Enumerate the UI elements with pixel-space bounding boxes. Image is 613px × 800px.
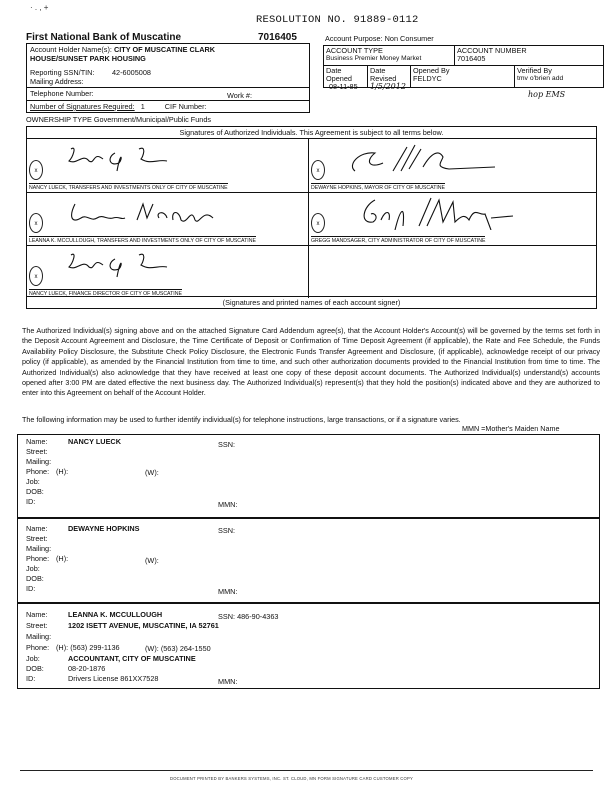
ssn-label: SSN: bbox=[218, 612, 235, 621]
job-label: Job: bbox=[26, 477, 40, 486]
date-opened-cell: Date Opened 08-11-85 bbox=[323, 65, 368, 88]
x-mark: x bbox=[29, 266, 43, 286]
home-phone-value: (563) 299-1136 bbox=[70, 643, 119, 652]
account-number-cell: ACCOUNT NUMBER 7016405 bbox=[454, 45, 604, 66]
cif-label: CIF Number: bbox=[165, 102, 207, 111]
telephone-label: Telephone Number: bbox=[30, 89, 94, 98]
signature-cell: x NANCY LUECK, FINANCE DIRECTOR of CITY … bbox=[27, 245, 307, 298]
ssn-row: SSN: 486-90-4363 bbox=[218, 612, 278, 621]
street-label: Street: bbox=[26, 534, 48, 543]
account-type-label: ACCOUNT TYPE bbox=[326, 47, 452, 55]
dob-label: DOB: bbox=[26, 574, 44, 583]
holder-names-label: Account Holder Name(s): bbox=[30, 45, 112, 54]
account-holder-box: Account Holder Name(s): CITY OF MUSCATIN… bbox=[26, 43, 310, 113]
work-phone-label: (W): bbox=[145, 468, 159, 477]
date-revised-value: 1/5/2012 bbox=[370, 83, 408, 92]
divider bbox=[27, 100, 309, 101]
dob-label: DOB: bbox=[26, 487, 44, 496]
name-label: Name: bbox=[26, 610, 48, 619]
mailing-label: Mailing: bbox=[26, 544, 51, 553]
mailing-label: Mailing: bbox=[26, 632, 51, 641]
signature-cell: x NANCY LUECK, TRANSFERS AND INVESTMENTS… bbox=[27, 139, 307, 192]
mailing-label: Mailing: bbox=[26, 457, 51, 466]
signature-cell: x LEANNA K. MCCULLOUGH, TRANSFERS AND IN… bbox=[27, 192, 307, 245]
x-mark: x bbox=[29, 160, 43, 180]
name-value: NANCY LUECK bbox=[68, 437, 121, 446]
divider bbox=[27, 87, 309, 88]
signature-scribble bbox=[345, 143, 515, 177]
name-label: Name: bbox=[26, 437, 48, 446]
purpose-value: Non Consumer bbox=[385, 34, 434, 43]
name-label: Name: bbox=[26, 524, 48, 533]
mmn-label: MMN: bbox=[218, 500, 237, 509]
name-value: LEANNA K. MCCULLOUGH bbox=[68, 610, 162, 619]
job-label: Job: bbox=[26, 564, 40, 573]
signatures-section: Signatures of Authorized Individuals. Th… bbox=[26, 126, 597, 309]
account-number-top: 7016405 bbox=[258, 32, 297, 43]
ownership-value: Government/Municipal/Public Funds bbox=[94, 115, 211, 124]
ownership-type: OWNERSHIP TYPE Government/Municipal/Publ… bbox=[26, 115, 211, 124]
dob-label: DOB: bbox=[26, 664, 44, 673]
holder-names-value-2: HOUSE/SUNSET PARK HOUSING bbox=[30, 54, 146, 63]
work-phone-label: (W): bbox=[145, 644, 159, 653]
verified-by-cell: Verified By tmv o'brien add bbox=[514, 65, 604, 88]
legal-agreement-text: The Authorized Individual(s) signing abo… bbox=[22, 326, 600, 399]
tin-row: Reporting SSN/TIN: 42-6005008 bbox=[30, 68, 94, 77]
signatures-footer: (Signatures and printed names of each ac… bbox=[27, 296, 596, 308]
ssn-label: SSN: bbox=[218, 526, 235, 535]
id-label: ID: bbox=[26, 584, 35, 593]
date-revised-label: Date Revised bbox=[370, 67, 408, 83]
signatures-required-row: Number of Signatures Required: 1 CIF Num… bbox=[30, 102, 207, 111]
form-footer-text: DOCUMENT PRINTED BY BANKERS SYSTEMS, INC… bbox=[170, 776, 413, 781]
holder-names-value-1: CITY OF MUSCATINE CLARK bbox=[114, 45, 215, 54]
signature-scribble bbox=[63, 249, 233, 283]
date-revised-cell: Date Revised 1/5/2012 bbox=[367, 65, 411, 88]
ssn-label: SSN: bbox=[218, 440, 235, 449]
work-phone-value: (563) 264-1550 bbox=[161, 644, 211, 653]
identification-intro: The following information may be used to… bbox=[22, 415, 600, 424]
holder-names-row-2: HOUSE/SUNSET PARK HOUSING bbox=[30, 54, 146, 63]
bank-name: First National Bank of Muscatine bbox=[26, 32, 181, 43]
ssn-value: 486-90-4363 bbox=[237, 612, 278, 621]
id-label: ID: bbox=[26, 497, 35, 506]
mailing-label: Mailing Address: bbox=[30, 77, 84, 86]
account-type-value: Business Premier Money Market bbox=[326, 55, 452, 62]
name-value: DEWAYNE HOPKINS bbox=[68, 524, 140, 533]
signature-scribble bbox=[63, 143, 233, 177]
phone-label: Phone: bbox=[26, 467, 49, 476]
x-mark: x bbox=[311, 160, 325, 180]
opened-by-cell: Opened By FELDYC bbox=[410, 65, 514, 88]
opened-by-value: FELDYC bbox=[413, 75, 512, 83]
signature-caption: LEANNA K. MCCULLOUGH, TRANSFERS AND INVE… bbox=[29, 236, 256, 244]
date-opened-value: 08-11-85 bbox=[326, 83, 365, 91]
mmn-label: MMN: bbox=[218, 677, 237, 686]
mmn-label: MMN: bbox=[218, 587, 237, 596]
phone-label: Phone: bbox=[26, 643, 49, 652]
id-label: ID: bbox=[26, 674, 35, 683]
home-phone-label: (H): bbox=[56, 467, 68, 476]
street-label: Street: bbox=[26, 621, 48, 630]
street-value: 1202 ISETT AVENUE, MUSCATINE, IA 52761 bbox=[68, 621, 219, 630]
scan-specks: · . , + bbox=[30, 3, 48, 12]
date-opened-label: Date Opened bbox=[326, 67, 365, 83]
work-phone-label: (W): bbox=[145, 556, 159, 565]
footer-divider bbox=[20, 770, 593, 771]
ownership-label: OWNERSHIP TYPE bbox=[26, 115, 92, 124]
x-mark: x bbox=[29, 213, 43, 233]
individual-info-block: Name: NANCY LUECK SSN: Street: Mailing: … bbox=[17, 434, 600, 518]
work-phone: (W): (563) 264-1550 bbox=[145, 644, 211, 653]
home-phone: (H): (563) 299-1136 bbox=[56, 643, 120, 652]
dob-value: 08-20-1876 bbox=[68, 664, 105, 673]
job-label: Job: bbox=[26, 654, 40, 663]
tin-label: Reporting SSN/TIN: bbox=[30, 68, 94, 77]
signature-cell: x DEWAYNE HOPKINS, MAYOR of CITY OF MUSC… bbox=[309, 139, 589, 192]
account-type-cell: ACCOUNT TYPE Business Premier Money Mark… bbox=[323, 45, 455, 66]
job-value: ACCOUNTANT, CITY OF MUSCATINE bbox=[68, 654, 196, 663]
account-info-box: ACCOUNT TYPE Business Premier Money Mark… bbox=[323, 45, 604, 89]
individual-info-block: Name: LEANNA K. MCCULLOUGH SSN: 486-90-4… bbox=[17, 603, 600, 689]
individual-info-block: Name: DEWAYNE HOPKINS SSN: Street: Maili… bbox=[17, 518, 600, 603]
signature-caption: GREGG MANDSAGER, CITY ADMINISTRATOR of C… bbox=[311, 236, 485, 244]
verified-by-value: tmv o'brien add bbox=[517, 75, 601, 82]
home-phone-label: (H): bbox=[56, 643, 68, 652]
verified-note: hop EMS bbox=[528, 90, 565, 99]
signature-cell: x GREGG MANDSAGER, CITY ADMINISTRATOR of… bbox=[309, 192, 589, 245]
signatures-required-label: Number of Signatures Required: bbox=[30, 102, 135, 111]
account-number-value: 7016405 bbox=[457, 55, 601, 63]
resolution-title: RESOLUTION NO. 91889-0112 bbox=[256, 14, 419, 26]
signatures-header: Signatures of Authorized Individuals. Th… bbox=[27, 127, 596, 139]
signature-caption: DEWAYNE HOPKINS, MAYOR of CITY OF MUSCAT… bbox=[311, 183, 445, 191]
purpose-label: Account Purpose: bbox=[325, 34, 383, 43]
id-value: Drivers License 861XX7528 bbox=[68, 674, 158, 683]
street-label: Street: bbox=[26, 447, 48, 456]
account-purpose: Account Purpose: Non Consumer bbox=[325, 34, 434, 43]
holder-names-row: Account Holder Name(s): CITY OF MUSCATIN… bbox=[30, 45, 215, 54]
home-phone-label: (H): bbox=[56, 554, 68, 563]
signature-caption: NANCY LUECK, TRANSFERS AND INVESTMENTS O… bbox=[29, 183, 228, 191]
phone-label: Phone: bbox=[26, 554, 49, 563]
signature-scribble bbox=[63, 196, 233, 230]
verified-by-label: Verified By bbox=[517, 67, 601, 75]
mmn-note: MMN =Mother's Maiden Name bbox=[462, 424, 559, 433]
work-label: Work #: bbox=[227, 91, 252, 100]
x-mark: x bbox=[311, 213, 325, 233]
signature-scribble bbox=[345, 196, 515, 230]
tin-value: 42-6005008 bbox=[112, 68, 151, 77]
signatures-required-value: 1 bbox=[141, 102, 145, 111]
